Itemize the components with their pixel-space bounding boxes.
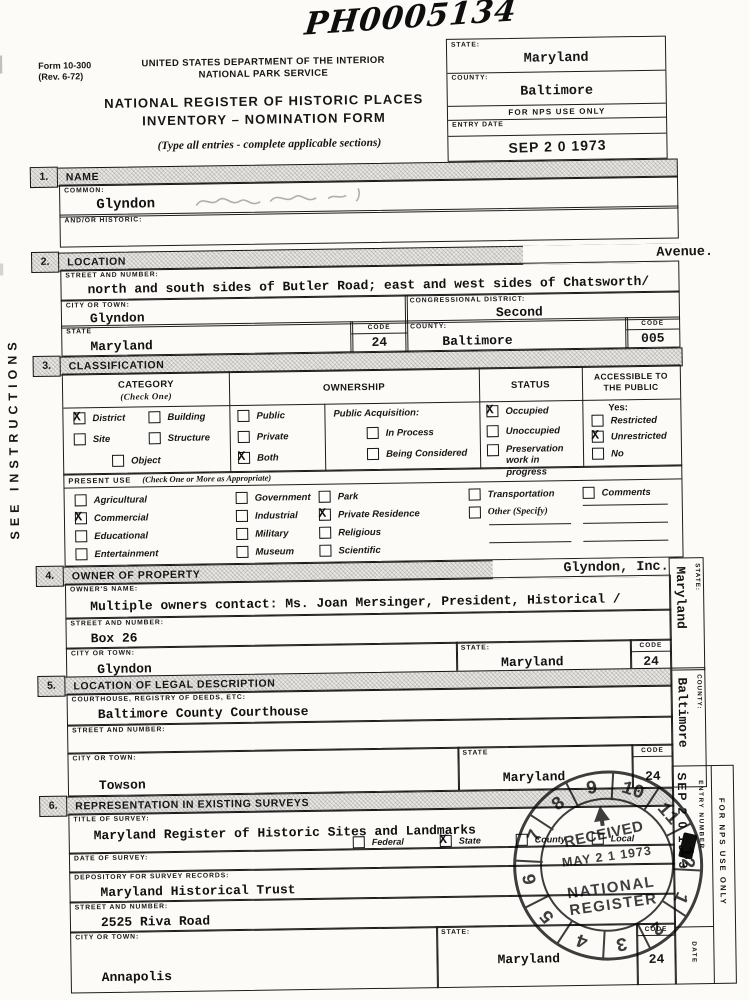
object-checkbox-icon: [112, 455, 124, 467]
educational-checkbox-icon: [75, 530, 87, 542]
state-code-label: CODE: [351, 321, 407, 334]
depository-code-label: CODE: [637, 924, 675, 937]
public-checkbox-icon: [237, 410, 249, 422]
checkbox-government: Government: [236, 491, 311, 504]
checkbox-both: Both: [238, 451, 279, 464]
blank-line: [583, 540, 668, 542]
section-3-title: CLASSIFICATION: [69, 359, 165, 372]
military-checkbox-icon: [236, 528, 248, 540]
county-code-label: CODE: [626, 317, 679, 330]
museum-checkbox-icon: [236, 546, 248, 558]
rail-nps-only-label: FOR NPS USE ONLY: [717, 798, 728, 906]
depository-label: DEPOSITORY FOR SURVEY RECORDS:: [74, 872, 229, 881]
owner-street-value: Box 26: [91, 631, 138, 647]
checkbox-county-survey: County: [516, 833, 566, 846]
depository-state-label: STATE:: [441, 929, 470, 936]
checkbox-museum: Museum: [236, 545, 294, 558]
ownership-column-title: OWNERSHIP: [229, 380, 479, 395]
restricted-checkbox-icon: [591, 415, 603, 427]
scanned-form-page: PH0005134 Form 10-300 (Rev. 6-72) UNITED…: [0, 0, 749, 1000]
state-label: STATE: [66, 328, 92, 335]
private-residence-checkbox-icon: [319, 509, 331, 521]
checkbox-other: Other (Specify): [469, 505, 548, 518]
checkbox-federal: Federal: [353, 836, 404, 849]
present-use-label: PRESENT USE: [68, 476, 131, 486]
federal-checkbox-icon: [353, 836, 365, 848]
owner-street-label: STREET AND NUMBER:: [70, 619, 163, 627]
common-name-label: COMMON:: [64, 187, 104, 195]
checkbox-structure: Structure: [149, 431, 210, 444]
nps-county-value: Baltimore: [448, 83, 666, 101]
section-3-number: 3.: [33, 356, 61, 377]
private-checkbox-icon: [238, 431, 250, 443]
government-checkbox-icon: [236, 492, 248, 504]
checkbox-building: Building: [148, 410, 205, 423]
local-checkbox-icon: [592, 833, 604, 845]
county-checkbox-icon: [516, 834, 528, 846]
handwritten-annotation: [190, 184, 400, 213]
field-depository-code: CODE 24: [636, 923, 677, 986]
rail-state-box: Maryland STATE:: [669, 557, 706, 671]
legal-state-value: Maryland: [503, 769, 566, 785]
checkbox-district: District: [73, 412, 125, 425]
present-use-subtitle: (Check One or More as Appropriate): [142, 473, 271, 485]
type-instruction: (Type all entries - complete applicable …: [94, 136, 444, 153]
district-label: CONGRESSIONAL DISTRICT:: [410, 296, 525, 305]
section-5-number: 5.: [37, 676, 65, 697]
depository-code-value: 24: [637, 952, 675, 968]
depository-street-value: 2525 Riva Road: [101, 913, 210, 930]
legal-state-label: STATE: [462, 749, 488, 756]
courthouse-label: COURTHOUSE, REGISTRY OF DEEDS, ETC:: [72, 694, 246, 704]
accessible-column-title: ACCESSIBLE TO THE PUBLIC: [587, 371, 675, 394]
field-state-code: CODE 24: [350, 320, 408, 352]
status-column-title: STATUS: [479, 379, 582, 392]
nps-county-label: COUNTY:: [451, 74, 488, 82]
blank-line: [583, 504, 668, 506]
industrial-checkbox-icon: [236, 510, 248, 522]
checkbox-educational: Educational: [75, 529, 148, 542]
building-checkbox-icon: [148, 411, 160, 423]
checkbox-unoccupied: Unoccupied: [487, 424, 561, 437]
state-code-value: 24: [351, 334, 407, 350]
checkbox-in-process: In Process: [367, 426, 434, 439]
state-value: Maryland: [90, 338, 153, 354]
owner-name-label: OWNER'S NAME:: [70, 586, 138, 594]
survey-title-value: Maryland Register of Historic Sites and …: [94, 823, 476, 844]
in-process-checkbox-icon: [367, 427, 379, 439]
scan-artifact: [0, 263, 3, 275]
being-considered-checkbox-icon: [367, 448, 379, 460]
accessible-yes-label: Yes:: [608, 402, 628, 413]
checkbox-comments: Comments: [583, 486, 651, 499]
nps-state-cell: STATE: Maryland: [447, 37, 665, 74]
checkbox-being-considered: Being Considered: [367, 447, 467, 460]
owner-state-value: Maryland: [501, 654, 564, 670]
checkbox-no: No: [592, 447, 624, 459]
both-checkbox-icon: [238, 452, 250, 464]
form-title: NATIONAL REGISTER OF HISTORIC PLACES INV…: [74, 90, 454, 131]
unoccupied-checkbox-icon: [487, 425, 499, 437]
checkbox-occupied: Occupied: [486, 404, 548, 417]
checkbox-agricultural: Agricultural: [75, 493, 147, 506]
county-value: Baltimore: [442, 333, 512, 349]
checkbox-local: Local: [592, 832, 635, 845]
rail-county-label: COUNTY:: [695, 674, 703, 709]
checkbox-scientific: Scientific: [319, 544, 380, 557]
street-label: STREET AND NUMBER:: [65, 271, 158, 279]
checkbox-commercial: Commercial: [75, 511, 149, 524]
courthouse-value: Baltimore County Courthouse: [98, 704, 309, 722]
section-1-title: NAME: [66, 171, 100, 183]
blank-line: [583, 522, 668, 524]
see-instructions-note: SEE INSTRUCTIONS: [5, 337, 22, 539]
nps-rail-box: SEP 2 0 1973 ENTRY NUMBER DATE FOR NPS U…: [672, 765, 737, 985]
rail-state-label: STATE:: [694, 563, 701, 591]
state-checkbox-icon: [440, 835, 452, 847]
agricultural-checkbox-icon: [75, 494, 87, 506]
nps-state-value: Maryland: [447, 50, 665, 68]
owner-state-label: STATE:: [461, 644, 490, 651]
checkbox-public: Public: [237, 409, 285, 422]
scientific-checkbox-icon: [319, 545, 331, 557]
scan-artifact: [0, 55, 2, 73]
field-depository-state: STATE: Maryland: [436, 923, 639, 988]
city-label: CITY OR TOWN:: [66, 302, 130, 310]
unrestricted-checkbox-icon: [592, 431, 604, 443]
district-checkbox-icon: [73, 412, 85, 424]
checkbox-religious: Religious: [319, 526, 381, 539]
checkbox-entertainment: Entertainment: [75, 547, 158, 560]
classification-table: CATEGORY (Check One) OWNERSHIP STATUS AC…: [62, 364, 682, 475]
present-use-box: PRESENT USE (Check One or More as Approp…: [63, 464, 683, 566]
section-1-number: 1.: [30, 167, 58, 188]
checkbox-park: Park: [319, 490, 359, 503]
section-4-title: OWNER OF PROPERTY: [72, 568, 201, 582]
checkbox-private-residence: Private Residence: [319, 507, 420, 520]
handwritten-id: PH0005134: [303, 0, 519, 43]
form-number-line2: (Rev. 6-72): [38, 71, 91, 83]
checkbox-private: Private: [238, 430, 289, 443]
field-depository-city: CITY OR TOWN: Annapolis: [70, 926, 439, 993]
owner-city-label: CITY OR TOWN:: [71, 650, 135, 658]
preservation-checkbox-icon: [487, 444, 499, 456]
nps-state-label: STATE:: [451, 41, 480, 48]
nps-use-box: STATE: Maryland COUNTY: Baltimore FOR NP…: [446, 36, 668, 162]
nps-entry-date-label: ENTRY DATE: [452, 121, 504, 129]
entry-date-stamp: SEP 2 0 1973: [448, 135, 666, 158]
field-county-code: CODE 005: [625, 316, 680, 348]
site-checkbox-icon: [74, 433, 86, 445]
common-name-value: Glyndon: [96, 196, 155, 213]
checkbox-state-survey: State: [440, 834, 481, 847]
legal-code-value: 24: [633, 769, 673, 785]
survey-title-label: TITLE OF SURVEY:: [73, 815, 149, 823]
checkbox-transportation: Transportation: [469, 487, 555, 500]
depository-street-label: STREET AND NUMBER:: [75, 903, 168, 911]
field-county: COUNTY: Baltimore: [405, 317, 628, 351]
rail-date-label: DATE: [690, 941, 697, 963]
legal-city-label: CITY OR TOWN:: [72, 755, 136, 763]
section-5-title: LOCATION OF LEGAL DESCRIPTION: [73, 677, 275, 692]
blank-line: [489, 541, 571, 543]
checkbox-unrestricted: Unrestricted: [592, 430, 667, 443]
religious-checkbox-icon: [319, 527, 331, 539]
field-state: STATE Maryland: [61, 321, 353, 356]
depository-city-value: Annapolis: [102, 969, 172, 985]
field-legal-state: STATE Maryland: [457, 744, 634, 791]
depository-city-label: CITY OR TOWN:: [75, 934, 139, 942]
legal-code-label: CODE: [632, 745, 672, 758]
occupied-checkbox-icon: [486, 405, 498, 417]
section-4-number: 4.: [36, 566, 64, 587]
structure-checkbox-icon: [149, 432, 161, 444]
nps-entry-date-cell: ENTRY DATE: [448, 117, 666, 137]
rail-state-value: Maryland: [673, 566, 689, 629]
category-column-subtitle: (Check One): [63, 390, 229, 402]
depository-value: Maryland Historical Trust: [100, 882, 295, 900]
survey-date-label: DATE OF SURVEY:: [74, 854, 148, 862]
public-acquisition-label: Public Acquisition:: [333, 407, 419, 419]
checkbox-military: Military: [236, 527, 288, 540]
legal-city-value: Towson: [99, 777, 146, 793]
rail-entry-number-label: ENTRY NUMBER: [697, 780, 705, 850]
entertainment-checkbox-icon: [75, 548, 87, 560]
rail-county-value: Baltimore: [674, 677, 690, 747]
blank-line: [489, 523, 571, 525]
no-checkbox-icon: [592, 448, 604, 460]
owner-code-label: CODE: [631, 640, 671, 653]
county-label: COUNTY:: [410, 323, 447, 331]
checkbox-industrial: Industrial: [236, 509, 298, 522]
field-legal-city: CITY OR TOWN: Towson: [67, 747, 460, 797]
comments-checkbox-icon: [583, 487, 595, 499]
park-checkbox-icon: [319, 491, 331, 503]
field-owner-code: CODE 24: [630, 639, 672, 672]
checkbox-object: Object: [112, 454, 161, 467]
checkbox-restricted: Restricted: [591, 414, 657, 427]
form-number: Form 10-300 (Rev. 6-72): [38, 60, 91, 83]
transportation-checkbox-icon: [469, 488, 481, 500]
agency-name: UNITED STATES DEPARTMENT OF THE INTERIOR…: [108, 54, 418, 83]
historic-name-label: AND/OR HISTORIC:: [64, 216, 142, 224]
nps-county-cell: COUNTY: Baltimore: [447, 70, 665, 107]
section-2-number: 2.: [31, 252, 59, 273]
depository-state-value: Maryland: [497, 951, 560, 967]
section-2-title: LOCATION: [67, 255, 126, 268]
commercial-checkbox-icon: [75, 512, 87, 524]
form-number-line1: Form 10-300: [38, 60, 91, 72]
checkbox-site: Site: [74, 433, 111, 446]
legal-street-label: STREET AND NUMBER:: [72, 726, 165, 734]
county-code-value: 005: [626, 330, 679, 346]
field-legal-code: CODE 24: [631, 744, 674, 789]
section-6-number: 6.: [39, 796, 67, 817]
other-checkbox-icon: [469, 506, 481, 518]
